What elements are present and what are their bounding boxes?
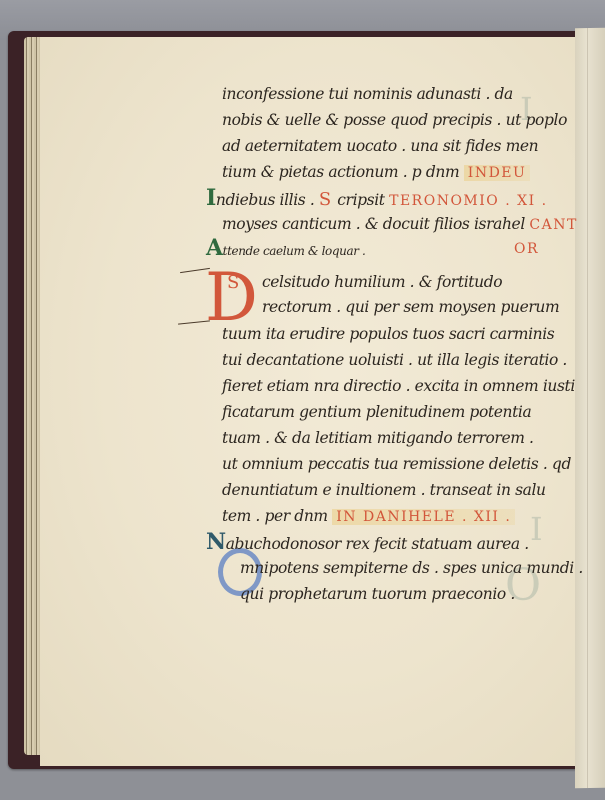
text-line: mnipotens sempiterne ds . spes unica mun… (240, 556, 583, 580)
rubric: TERONOMIO . XI . (389, 193, 547, 209)
text-line: tuam . & da letitiam mitigando terrorem … (222, 426, 534, 450)
text-line: Nabuchodonosor rex fecit statuam aurea . (206, 530, 529, 554)
text-line: ad aeternitatem uocato . una sit fides m… (222, 134, 538, 158)
text-line: Indiebus illis . S cripsit TERONOMIO . X… (206, 186, 548, 210)
rubric: INDEU (464, 165, 531, 181)
text-line: tium & pietas actionum . p dnm INDEU (222, 160, 530, 184)
text-line: denuntiatum e inultionem . transeat in s… (222, 478, 546, 502)
show-through-mark: I (530, 510, 543, 548)
text-line: nobis & uelle & posse quod precipis . ut… (222, 108, 567, 132)
text-line: Attende caelum & loquar . (206, 236, 365, 260)
text-line: moyses canticum . & docuit filios israhe… (222, 212, 578, 236)
facing-page-edge (575, 28, 605, 789)
rubric: IN DANIHELE . XII . (332, 509, 515, 525)
text-line: rectorum . qui per sem moysen puerum (262, 295, 559, 319)
text-line: celsitudo humilium . & fortitudo (262, 270, 502, 294)
text-line: ut omnium peccatis tua remissione deleti… (222, 452, 571, 476)
text-line: tem . per dnm IN DANIHELE . XII . (222, 504, 515, 528)
decorated-initial-d: DS (205, 268, 263, 328)
text-line: tui decantatione uoluisti . ut illa legi… (222, 348, 567, 372)
text-line: tuum ita erudire populos tuos sacri carm… (222, 322, 554, 346)
text-line: inconfessione tui nominis adunasti . da (222, 82, 513, 106)
initial-a: A (206, 235, 223, 261)
text-line: fieret etiam nra directio . excita in om… (222, 374, 575, 398)
rubric: CANT (529, 217, 577, 233)
text-line: ficatarum gentium plenitudinem potentia (222, 400, 531, 424)
initial-i: I (206, 185, 216, 211)
rubric: OR (514, 236, 539, 260)
text-line: qui prophetarum tuorum praeconio . (240, 582, 515, 606)
initial-n: N (206, 529, 226, 555)
